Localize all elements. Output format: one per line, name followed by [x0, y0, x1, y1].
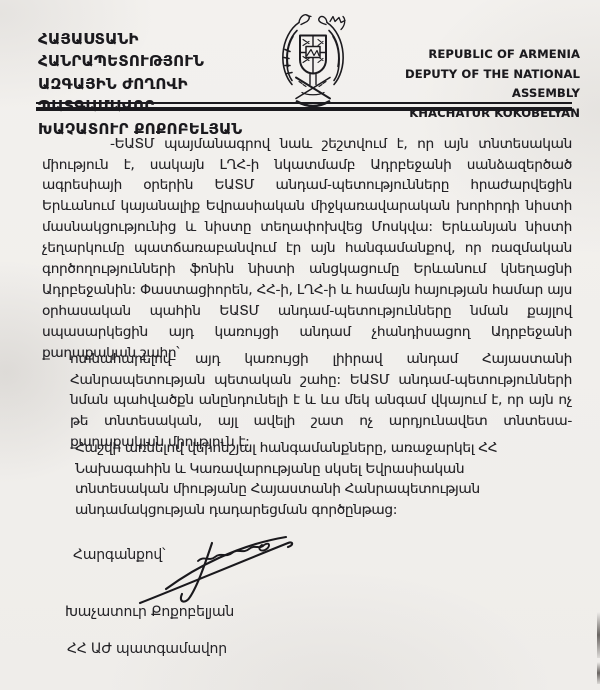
letterhead-armenian-line: ՀԱՅԱՍՏԱՆԻ ՀԱՆՐԱՊԵՏՈՒԹՅՈՒՆ [38, 28, 288, 73]
divider-thick-line [36, 107, 572, 111]
letterhead-english: REPUBLIC OF ARMENIA DEPUTY OF THE NATION… [340, 45, 580, 123]
letterhead-armenian: ՀԱՅԱՍՏԱՆԻ ՀԱՆՐԱՊԵՏՈՒԹՅՈՒՆ ԱԶԳԱՅԻՆ ԺՈՂՈՎԻ… [38, 28, 288, 140]
scanned-letter-page: ՀԱՅԱՍՏԱՆԻ ՀԱՆՐԱՊԵՏՈՒԹՅՈՒՆ ԱԶԳԱՅԻՆ ԺՈՂՈՎԻ… [0, 0, 600, 690]
divider-thin-line [36, 102, 572, 104]
signature-name: Խաչատուր Քոքոբելյան [65, 604, 234, 620]
armenia-coat-of-arms-icon [278, 5, 348, 112]
letterhead-english-line: DEPUTY OF THE NATIONAL ASSEMBLY [340, 65, 580, 104]
paragraph-3: Հաշվի առնելով վերոնշյալ հանգամանքները, ա… [75, 438, 545, 522]
signature-title: ՀՀ ԱԺ պատգամավոր [67, 641, 227, 657]
letterhead-divider [36, 102, 572, 111]
paragraph-1: -ԵԱՏՄ պայմանագրով նաև շեշտվում է, որ այն… [42, 134, 572, 364]
handwritten-signature-icon [136, 527, 298, 611]
letterhead-english-line: REPUBLIC OF ARMENIA [340, 45, 580, 65]
